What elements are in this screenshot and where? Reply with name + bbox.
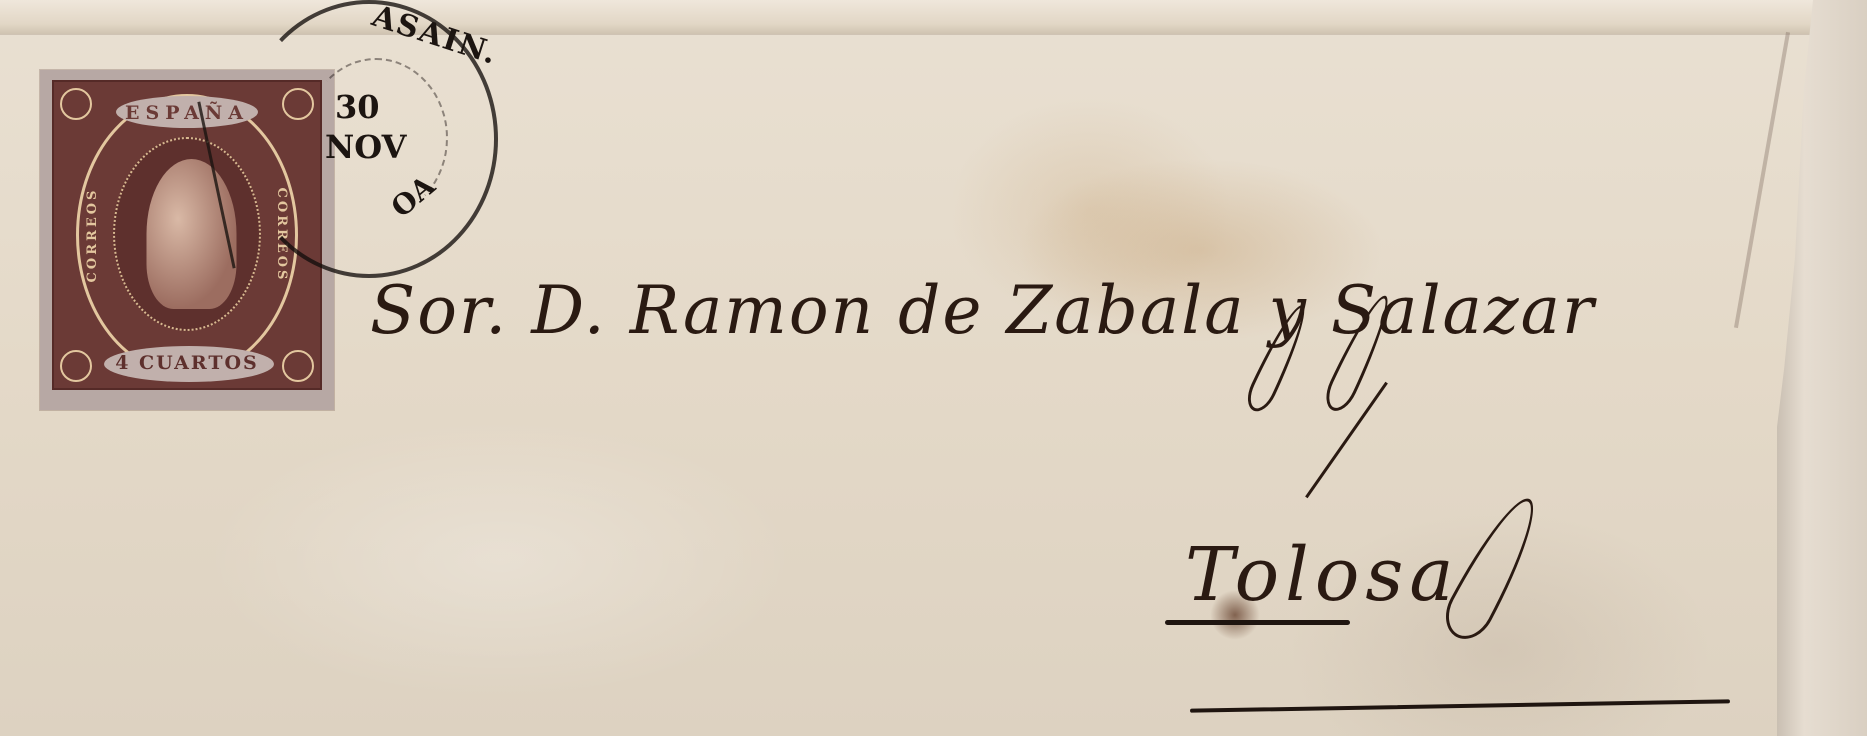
stamp-value: 4 CUARTOS	[54, 352, 320, 374]
handwriting-crossbar	[1165, 620, 1350, 625]
queen-portrait-icon	[147, 159, 237, 309]
postmark-day: 30	[335, 88, 380, 126]
address-line-town: Tolosa	[1185, 532, 1459, 618]
address-line-recipient: Sor. D. Ramon de Zabala y Salazar	[370, 272, 1596, 349]
stamp-side-left: CORREOS	[85, 188, 100, 283]
torn-flap	[1777, 0, 1867, 736]
letter-cover: CORREOS CORREOS ESPAÑA 4 CUARTOS ASAIN. …	[0, 0, 1867, 736]
address-underline	[1190, 699, 1730, 712]
postmark: ASAIN. 30 NOV OA	[240, 0, 490, 280]
postmark-month: NOV	[325, 128, 406, 166]
tear-edge	[1734, 32, 1790, 328]
stamp-portrait-field	[113, 137, 261, 331]
